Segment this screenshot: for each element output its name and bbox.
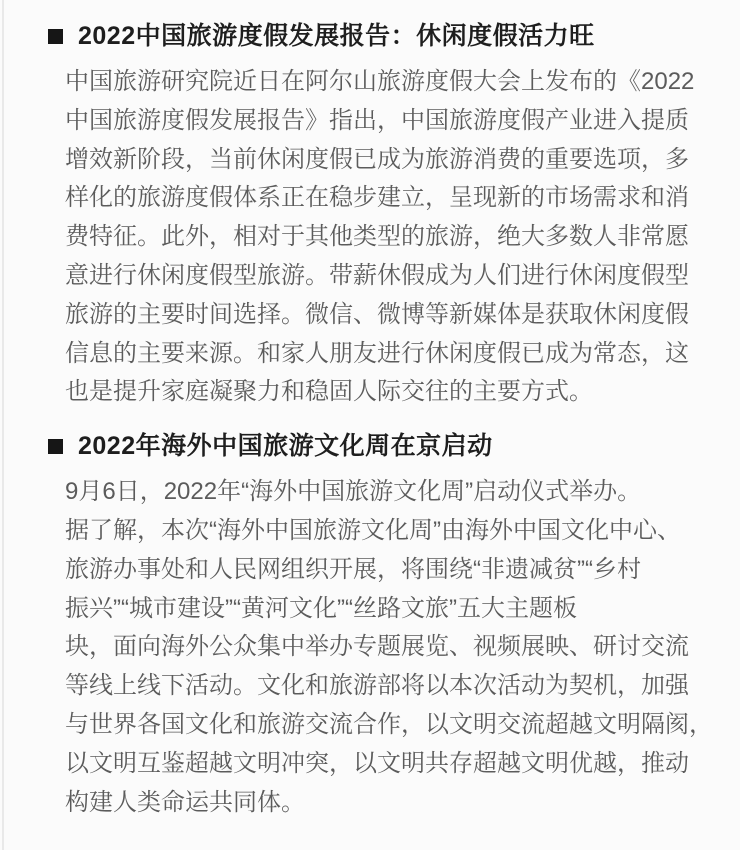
text-line: 费特征。此外，相对于其他类型的旅游，绝大多数人非常愿 <box>65 218 700 257</box>
text-line: 旅游办事处和人民网组织开展，将围绕“非遗减贫”“乡村 <box>65 551 700 590</box>
text-line: 9月6日，2022年“海外中国旅游文化周”启动仪式举办。 <box>65 473 700 512</box>
text-line: 等线上线下活动。文化和旅游部将以本次活动为契机，加强 <box>65 667 700 706</box>
section-travel-report: 2022中国旅游度假发展报告：休闲度假活力旺 中国旅游研究院近日在阿尔山旅游度假… <box>0 16 740 412</box>
text-line: 意进行休闲度假型旅游。带薪休假成为人们进行休闲度假型 <box>65 257 700 296</box>
page: { "page": { "background": "#fbfbfb", "he… <box>0 0 740 850</box>
text-line: 增效新阶段，当前休闲度假已成为旅游消费的重要选项，多 <box>65 141 700 180</box>
text-line: 与世界各国文化和旅游交流合作，以文明交流超越文明隔阂， <box>65 706 700 745</box>
text-line: 据了解，本次“海外中国旅游文化周”由海外中国文化中心、 <box>65 512 700 551</box>
left-edge-line <box>2 0 4 850</box>
section-1-heading-row: 2022中国旅游度假发展报告：休闲度假活力旺 <box>48 16 700 56</box>
text-line: 也是提升家庭凝聚力和稳固人际交往的主要方式。 <box>65 373 700 412</box>
text-line: 样化的旅游度假体系正在稳步建立，呈现新的市场需求和消 <box>65 179 700 218</box>
section-2-paragraph: 9月6日，2022年“海外中国旅游文化周”启动仪式举办。据了解，本次“海外中国旅… <box>65 473 700 822</box>
text-line: 构建人类命运共同体。 <box>65 784 700 823</box>
news-digest-document: 2022中国旅游度假发展报告：休闲度假活力旺 中国旅游研究院近日在阿尔山旅游度假… <box>0 0 740 822</box>
text-line: 振兴”“城市建设”“黄河文化”“丝路文旅”五大主题板 <box>65 590 700 629</box>
section-culture-week: 2022年海外中国旅游文化周在京启动 9月6日，2022年“海外中国旅游文化周”… <box>0 426 740 822</box>
text-line: 以文明互鉴超越文明冲突，以文明共存超越文明优越，推动 <box>65 745 700 784</box>
section-2-heading-row: 2022年海外中国旅游文化周在京启动 <box>48 426 700 466</box>
section-1-title: 2022中国旅游度假发展报告：休闲度假活力旺 <box>78 16 595 56</box>
section-2-title: 2022年海外中国旅游文化周在京启动 <box>78 426 493 466</box>
text-line: 中国旅游研究院近日在阿尔山旅游度假大会上发布的《2022 <box>65 63 700 102</box>
text-line: 信息的主要来源。和家人朋友进行休闲度假已成为常态，这 <box>65 335 700 374</box>
square-bullet-icon <box>48 29 63 44</box>
square-bullet-icon <box>48 439 63 454</box>
text-line: 块，面向海外公众集中举办专题展览、视频展映、研讨交流 <box>65 628 700 667</box>
text-line: 中国旅游度假发展报告》指出，中国旅游度假产业进入提质 <box>65 102 700 141</box>
text-line: 旅游的主要时间选择。微信、微博等新媒体是获取休闲度假 <box>65 296 700 335</box>
section-1-paragraph: 中国旅游研究院近日在阿尔山旅游度假大会上发布的《2022中国旅游度假发展报告》指… <box>65 63 700 412</box>
